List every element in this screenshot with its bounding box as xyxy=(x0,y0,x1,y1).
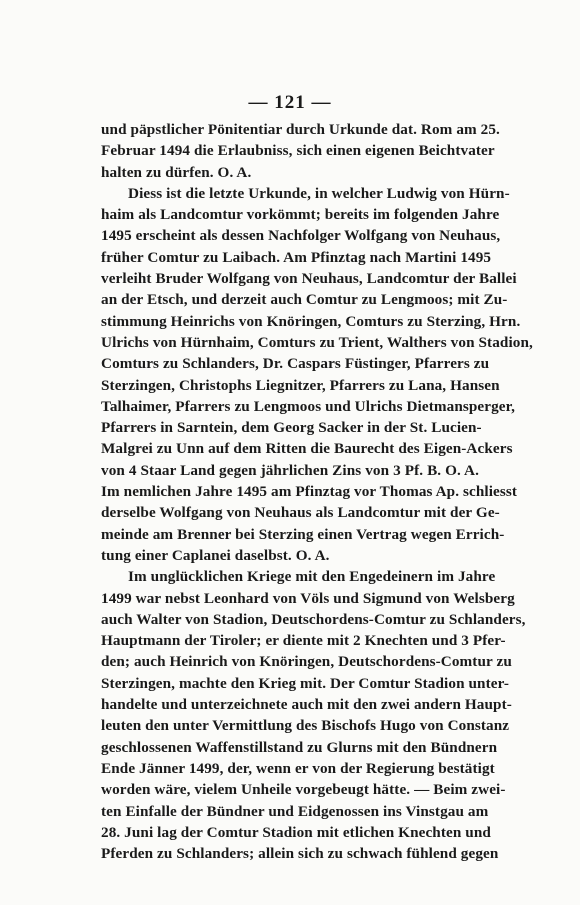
text-line: Im nemlichen Jahre 1495 am Pfinztag vor … xyxy=(101,481,479,502)
text-line: und päpstlicher Pönitentiar durch Urkund… xyxy=(101,119,479,140)
text-line: Malgrei zu Unn auf dem Ritten die Baurec… xyxy=(101,438,479,459)
text-line: von 4 Staar Land gegen jährlichen Zins v… xyxy=(101,460,479,481)
text-line: Februar 1494 die Erlaubniss, sich einen … xyxy=(101,140,479,161)
text-line: Talhaimer, Pfarrers zu Lengmoos und Ulri… xyxy=(101,396,479,417)
text-line: Hauptmann der Tiroler; er diente mit 2 K… xyxy=(101,630,479,651)
text-line: verleiht Bruder Wolfgang von Neuhaus, La… xyxy=(101,268,479,289)
text-line: halten zu dürfen. O. A. xyxy=(101,162,479,183)
text-line: handelte und unterzeichnete auch mit den… xyxy=(101,694,479,715)
page-number: — 121 — xyxy=(0,92,580,114)
text-line: stimmung Heinrichs von Knöringen, Comtur… xyxy=(101,311,479,332)
text-line: Pferden zu Schlanders; allein sich zu sc… xyxy=(101,843,479,864)
text-line: Sterzingen, machte den Krieg mit. Der Co… xyxy=(101,673,479,694)
text-line: geschlossenen Waffenstillstand zu Glurns… xyxy=(101,737,479,758)
text-line: worden wäre, vielem Unheile vorgebeugt h… xyxy=(101,779,479,800)
text-line: Ulrichs von Hürnhaim, Comturs zu Trient,… xyxy=(101,332,479,353)
text-line: den; auch Heinrich von Knöringen, Deutsc… xyxy=(101,651,479,672)
text-line: an der Etsch, und derzeit auch Comtur zu… xyxy=(101,289,479,310)
body-text: und päpstlicher Pönitentiar durch Urkund… xyxy=(101,119,479,864)
text-line: Ende Jänner 1499, der, wenn er von der R… xyxy=(101,758,479,779)
text-line: 1495 erscheint als dessen Nachfolger Wol… xyxy=(101,225,479,246)
text-line: Pfarrers in Sarntein, dem Georg Sacker i… xyxy=(101,417,479,438)
text-line: 28. Juni lag der Comtur Stadion mit etli… xyxy=(101,822,479,843)
text-line: Im unglücklichen Kriege mit den Engedein… xyxy=(101,566,479,587)
text-line: Sterzingen, Christophs Liegnitzer, Pfarr… xyxy=(101,375,479,396)
text-line: meinde am Brenner bei Sterzing einen Ver… xyxy=(101,524,479,545)
text-line: auch Walter von Stadion, Deutschordens-C… xyxy=(101,609,479,630)
book-page: — 121 — und päpstlicher Pönitentiar durc… xyxy=(0,0,580,905)
text-line: derselbe Wolfgang von Neuhaus als Landco… xyxy=(101,502,479,523)
text-line: ten Einfalle der Bündner und Eidgenossen… xyxy=(101,801,479,822)
text-line: Comturs zu Schlanders, Dr. Caspars Füsti… xyxy=(101,353,479,374)
text-line: früher Comtur zu Laibach. Am Pfinztag na… xyxy=(101,247,479,268)
text-line: leuten den unter Vermittlung des Bischof… xyxy=(101,715,479,736)
text-line: haim als Landcomtur vorkömmt; bereits im… xyxy=(101,204,479,225)
text-line: Diess ist die letzte Urkunde, in welcher… xyxy=(101,183,479,204)
text-line: tung einer Caplanei daselbst. O. A. xyxy=(101,545,479,566)
text-line: 1499 war nebst Leonhard von Völs und Sig… xyxy=(101,588,479,609)
